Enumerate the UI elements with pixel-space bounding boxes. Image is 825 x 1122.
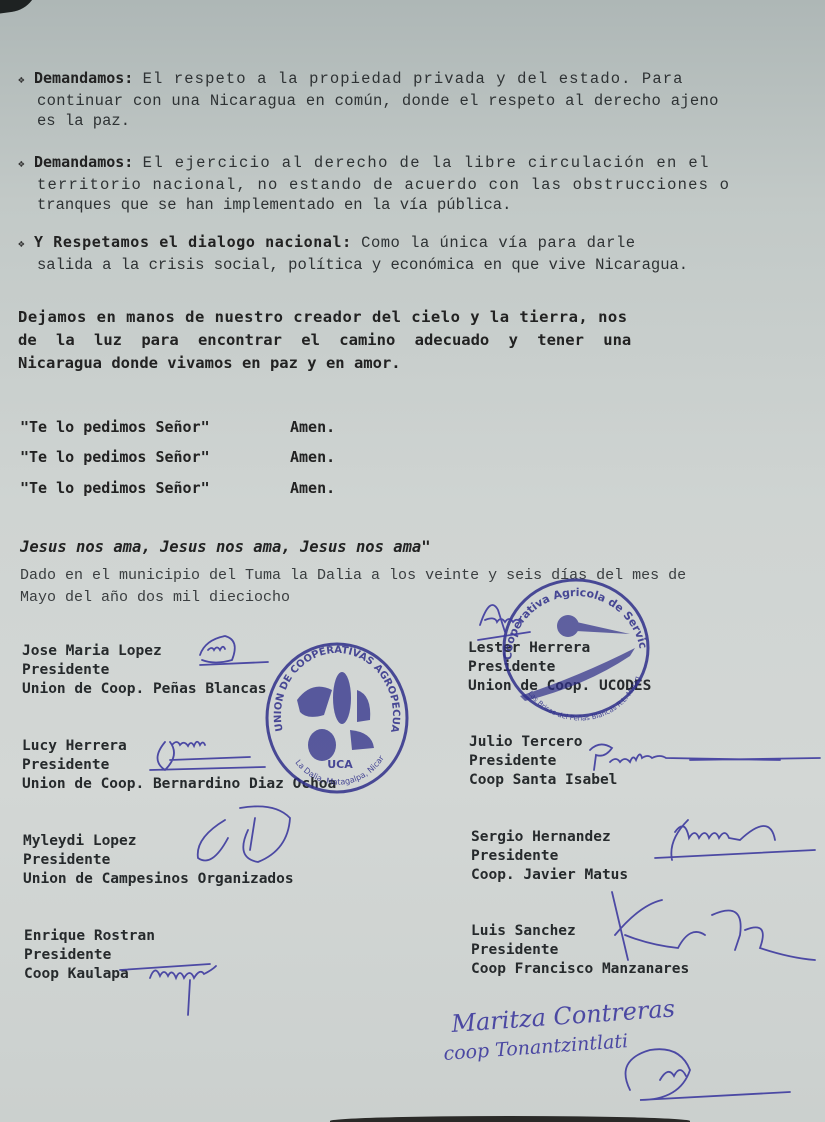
petition-quote: "Te lo pedimos Señor" (20, 448, 290, 466)
bullet-text: El respeto a la propiedad privada y del … (143, 70, 684, 88)
photo-corner-shadow (0, 0, 42, 16)
diamond-bullet-icon: ❖ (18, 155, 34, 175)
signature-jose-maria-lopez (200, 636, 235, 663)
bullet-text: es la paz. (18, 111, 768, 131)
petition-quote: "Te lo pedimos Señor" (20, 479, 290, 497)
bullet-lead: Demandamos: (34, 69, 133, 87)
petition-row: "Te lo pedimos Señor"Amen. (20, 448, 335, 466)
signature-enrique-rostran (120, 964, 216, 1015)
signature-maritza (626, 1049, 791, 1100)
dialogue-bullet: ❖Y Respetamos el dialogo nacional: Como … (18, 232, 768, 275)
petition-response: Amen. (290, 418, 335, 436)
signature-lucy-herrera (150, 742, 265, 770)
petition-response: Amen. (290, 448, 335, 466)
bullet-text: salida a la crisis social, política y ec… (18, 255, 768, 275)
diamond-bullet-icon: ❖ (18, 235, 34, 255)
diamond-bullet-icon: ❖ (18, 71, 34, 91)
demand-bullet-2: ❖Demandamos: El ejercicio al derecho de … (18, 152, 768, 215)
petition-row: "Te lo pedimos Señor"Amen. (20, 479, 335, 497)
demand-bullet-1: ❖Demandamos: El respeto a la propiedad p… (18, 68, 768, 131)
signature-sergio-hernandez (655, 820, 815, 860)
bullet-lead: Y Respetamos el dialogo nacional: (34, 233, 352, 251)
petition-response: Amen. (290, 479, 335, 497)
handwritten-name: Maritza Contreras (449, 994, 675, 1038)
bullet-text: continuar con una Nicaragua en común, do… (18, 91, 768, 111)
prayer-line: Nicaragua donde vivamos en paz y en amor… (18, 352, 766, 375)
prayer-line: Dejamos en manos de nuestro creador del … (18, 306, 766, 329)
bullet-text: tranques que se han implementado en la v… (18, 195, 768, 215)
signature-julio-tercero (590, 744, 820, 770)
bullet-text: territorio nacional, no estando de acuer… (18, 175, 768, 195)
prayer-paragraph: Dejamos en manos de nuestro creador del … (18, 306, 766, 375)
bullet-lead: Demandamos: (34, 153, 133, 171)
handwritten-signatures: Maritza Contreras coop Tonantzintlati (0, 600, 825, 1122)
jesus-line: Jesus nos ama, Jesus nos ama, Jesus nos … (20, 538, 431, 556)
prayer-line: de la luz para encontrar el camino adecu… (18, 329, 766, 352)
bullet-text: Como la única vía para darle (361, 234, 635, 252)
petition-row: "Te lo pedimos Señor"Amen. (20, 418, 335, 436)
signature-luis-sanchez (612, 892, 815, 960)
petition-quote: "Te lo pedimos Señor" (20, 418, 290, 436)
signature-lester-herrera (478, 605, 530, 640)
signature-myleydi-lopez (198, 806, 290, 862)
bullet-text: El ejercicio al derecho de la libre circ… (143, 154, 710, 172)
